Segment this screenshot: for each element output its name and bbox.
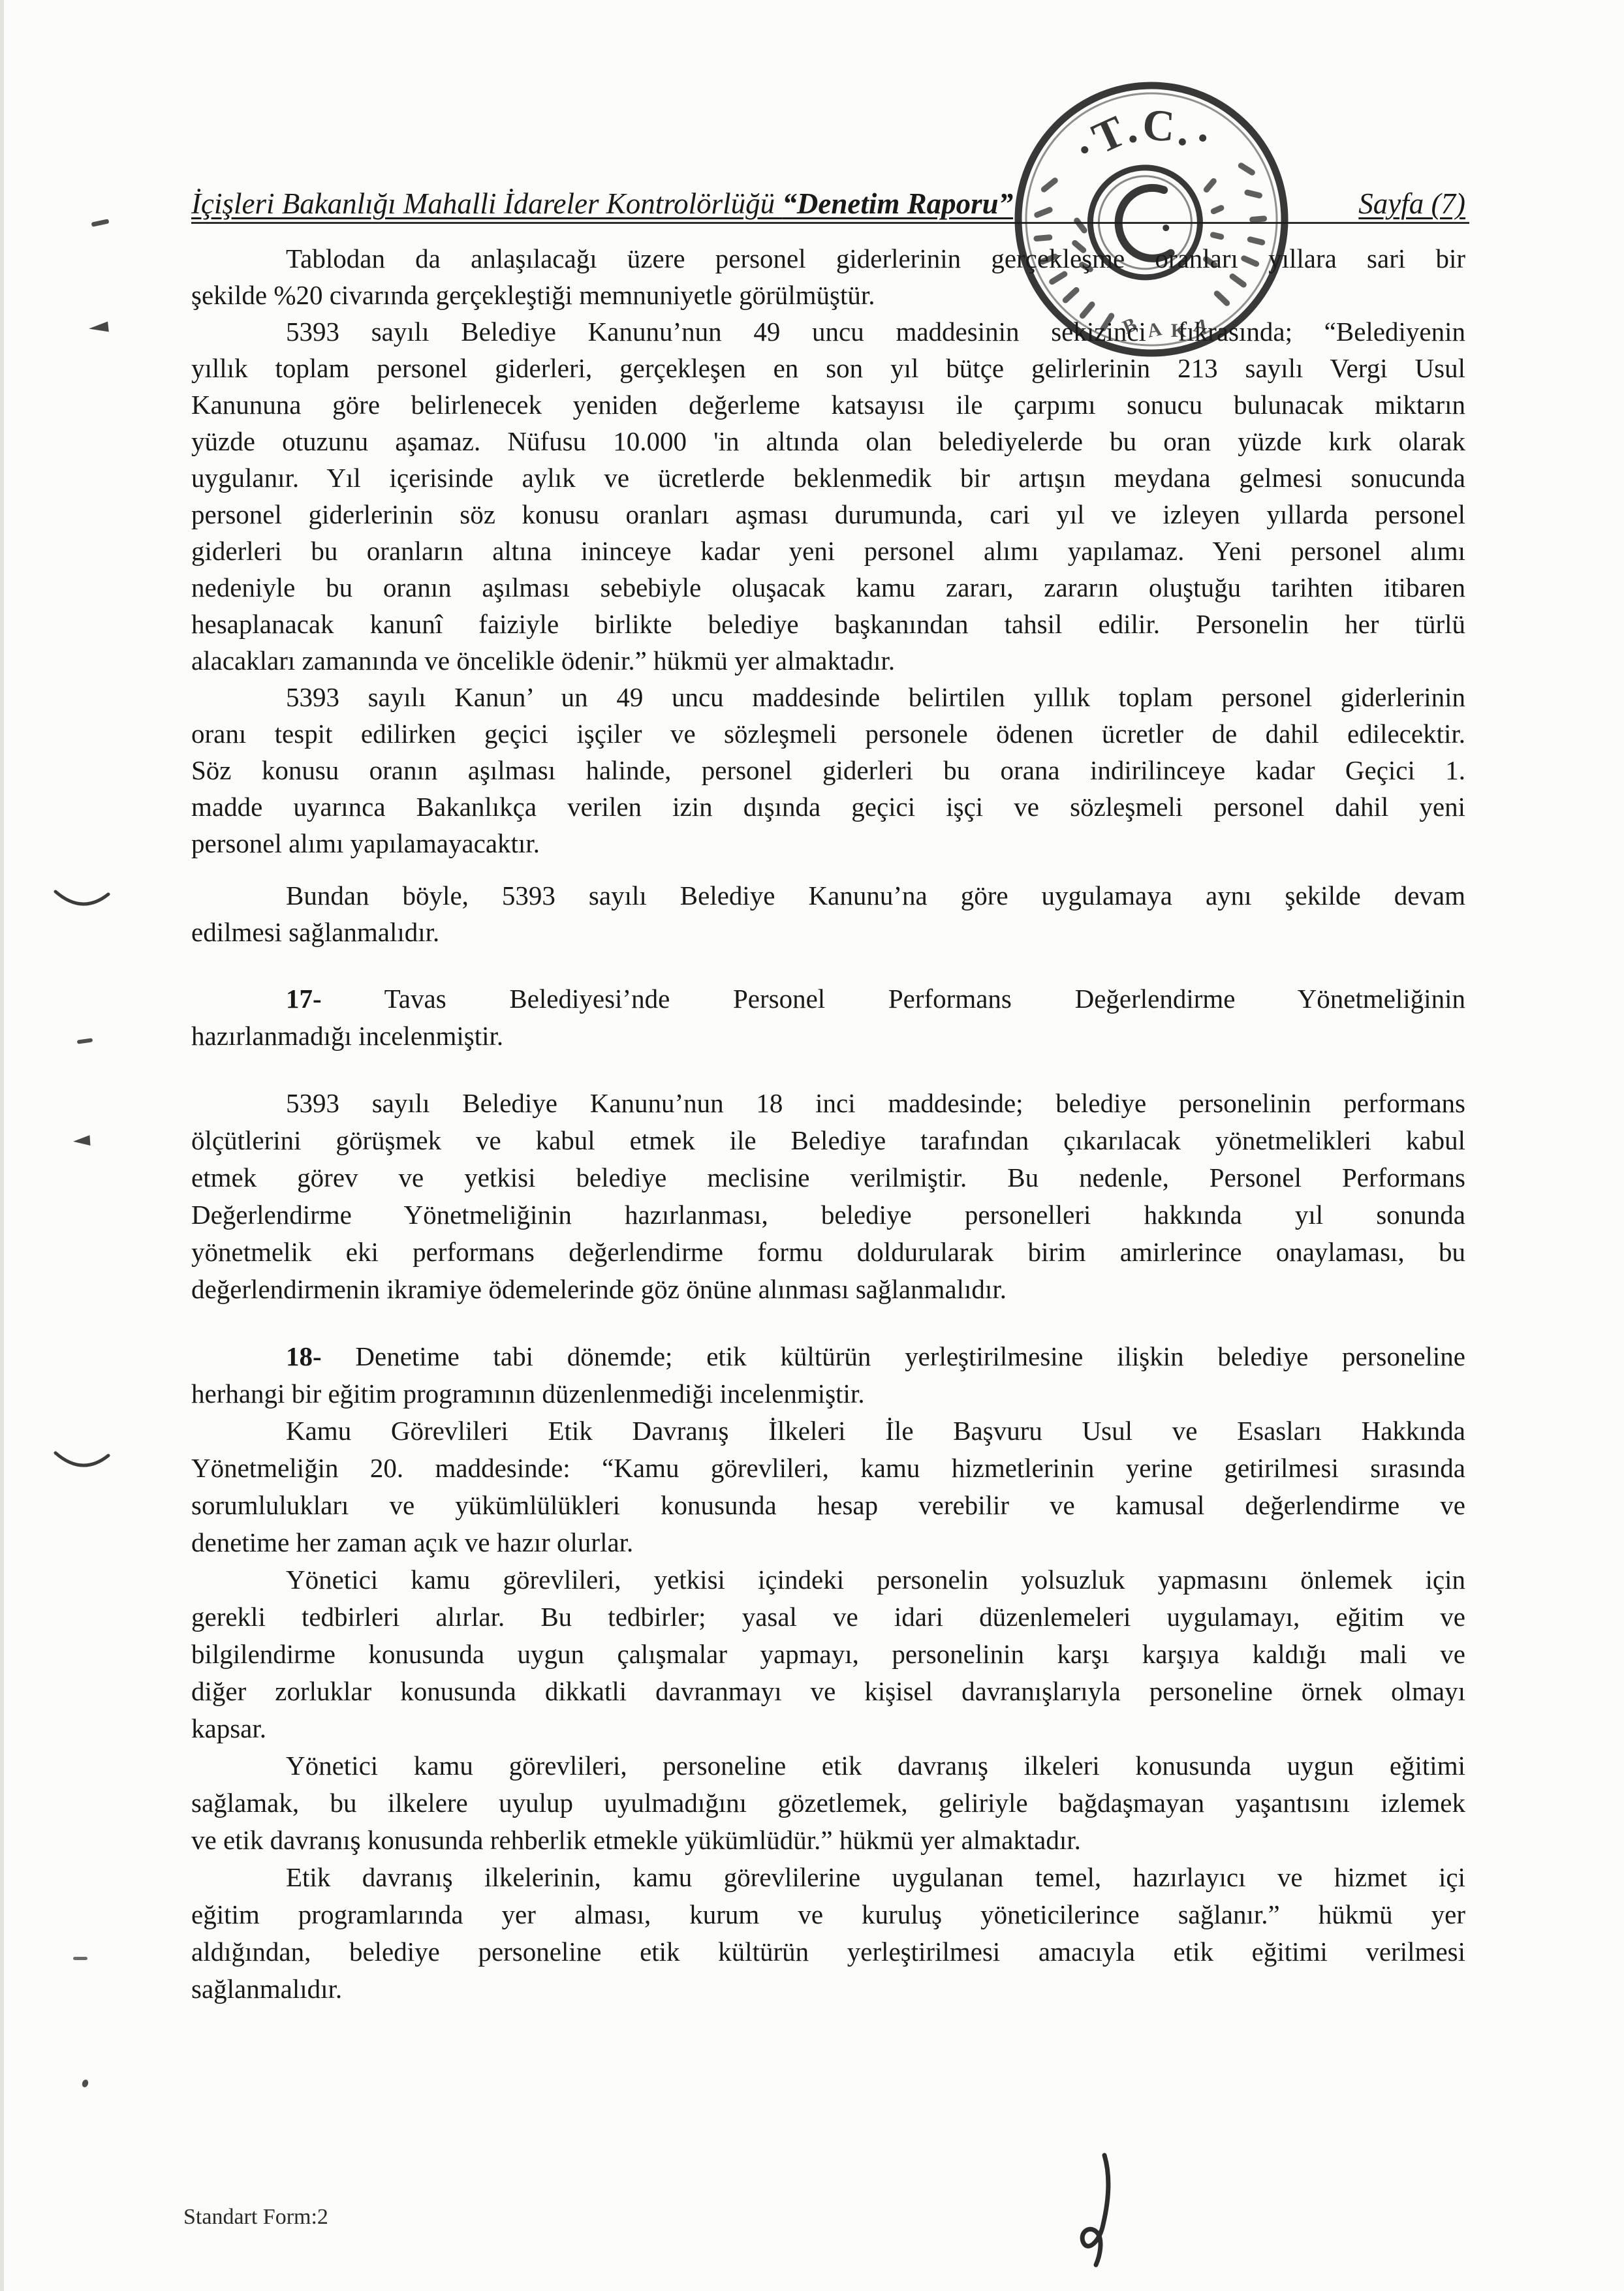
paragraph: Etik davranış ilkelerinin, kamu görevlil… <box>191 1859 1465 2008</box>
text-line: değerlendirmenin ikramiye ödemelerinde g… <box>191 1271 1465 1308</box>
paragraph: 5393 sayılı Kanun’ un 49 uncu maddesinde… <box>191 679 1465 862</box>
paragraph: 5393 sayılı Belediye Kanunu’nun 49 uncu … <box>191 313 1465 679</box>
stamp-inner-ring <box>1085 163 1204 282</box>
text-line: Kamu Görevlileri Etik Davranış İlkeleri … <box>191 1412 1465 1450</box>
header-title: İçişleri Bakanlığı Mahalli İdareler Kont… <box>191 187 1013 221</box>
text-line: diğer zorluklar konusunda dikkatli davra… <box>191 1673 1465 1710</box>
ink-mark-wedge <box>72 1135 90 1147</box>
header-title-bold: “Denetim Raporu” <box>782 187 1013 220</box>
ink-mark-curve <box>52 1449 112 1478</box>
text-line: personel giderlerinin söz konusu oranlar… <box>191 496 1465 533</box>
svg-text:A: A <box>1192 315 1210 339</box>
svg-text:K: K <box>1171 320 1187 341</box>
paragraph: Bundan böyle, 5393 sayılı Belediye Kanun… <box>191 877 1465 950</box>
text-line: bilgilendirme konusunda uygun çalışmalar… <box>191 1636 1465 1673</box>
official-seal-stamp: ·T.C.· B A K A <box>1007 77 1296 362</box>
svg-text:A: A <box>1146 318 1164 342</box>
text-line: etmek görev ve yetkisi belediye meclisin… <box>191 1159 1465 1196</box>
signature-initial <box>1072 2151 1131 2269</box>
text-line: hazırlanmadığı incelenmiştir. <box>191 1018 1465 1055</box>
paragraph: Yönetici kamu görevlileri, yetkisi içind… <box>191 1561 1465 1747</box>
text-line: giderleri bu oranların altına ininceye k… <box>191 533 1465 569</box>
text-line: sağlamak, bu ilkelere uyulup uyulmadığın… <box>191 1784 1465 1822</box>
text-line: denetime her zaman açık ve hazır olurlar… <box>191 1524 1465 1561</box>
text-line: sağlanmalıdır. <box>191 1971 1465 2008</box>
ink-mark-curve <box>52 886 112 915</box>
text-line: alacakları zamanında ve öncelikle ödenir… <box>191 642 1465 679</box>
ink-mark-dot <box>81 2079 89 2088</box>
text-line: ve etik davranış konusunda rehberlik etm… <box>191 1822 1465 1859</box>
ink-mark-dash <box>91 219 110 226</box>
text-line: 18- Denetime tabi dönemde; etik kültürün… <box>191 1338 1465 1375</box>
text-line: uygulanır. Yıl içerisinde aylık ve ücret… <box>191 460 1465 496</box>
paragraph: 18- Denetime tabi dönemde; etik kültürün… <box>191 1338 1465 1412</box>
text-line: aldığından, belediye personeline etik kü… <box>191 1933 1465 1971</box>
text-line: yönetmelik eki performans değerlendirme … <box>191 1234 1465 1271</box>
text-line: 5393 sayılı Belediye Kanunu’nun 18 inci … <box>191 1085 1465 1122</box>
item-number: 17- <box>286 984 322 1014</box>
footer-form-label: Standart Form:2 <box>183 2205 328 2230</box>
ink-mark-dash <box>77 1038 93 1044</box>
paragraph: 5393 sayılı Belediye Kanunu’nun 18 inci … <box>191 1085 1465 1308</box>
ink-mark-wedge <box>88 321 109 334</box>
paragraph: Kamu Görevlileri Etik Davranış İlkeleri … <box>191 1412 1465 1561</box>
text-line: Etik davranış ilkelerinin, kamu görevlil… <box>191 1859 1465 1896</box>
text-line: Bundan böyle, 5393 sayılı Belediye Kanun… <box>191 877 1465 914</box>
paragraph: Yönetici kamu görevlileri, personeline e… <box>191 1747 1465 1859</box>
text-line: edilmesi sağlanmalıdır. <box>191 914 1465 950</box>
text-line: 5393 sayılı Kanun’ un 49 uncu maddesinde… <box>191 679 1465 715</box>
text-line: personel alımı yapılamayacaktır. <box>191 825 1465 862</box>
text-line: 17- Tavas Belediyesi’nde Personel Perfor… <box>191 980 1465 1018</box>
stamp-crescent-icon <box>1116 187 1171 261</box>
text-line: Söz konusu oranın aşılması halinde, pers… <box>191 752 1465 788</box>
stamp-star-dot <box>1163 225 1170 232</box>
paragraph: 17- Tavas Belediyesi’nde Personel Perfor… <box>191 980 1465 1055</box>
ink-mark-dash <box>73 1957 87 1960</box>
text-line: Yönetici kamu görevlileri, personeline e… <box>191 1747 1465 1784</box>
text-line: nedeniyle bu oranın aşılması sebebiyle o… <box>191 569 1465 606</box>
text-line: herhangi bir eğitim programının düzenlen… <box>191 1375 1465 1412</box>
text-line: ölçütlerini görüşmek ve kabul etmek ile … <box>191 1122 1465 1159</box>
text-line: oranı tespit edilirken geçici işçiler ve… <box>191 715 1465 752</box>
text-line: Kanununa göre belirlenecek yeniden değer… <box>191 386 1465 423</box>
scan-edge-strip <box>0 0 4 2291</box>
text-line: eğitim programlarında yer alması, kurum … <box>191 1896 1465 1933</box>
text-line: gerekli tedbirleri alırlar. Bu tedbirler… <box>191 1598 1465 1636</box>
item-number: 18- <box>286 1341 322 1371</box>
text-line: hesaplanacak kanunî faiziyle birlikte be… <box>191 606 1465 642</box>
page-number-label: Sayfa (7) <box>1358 187 1465 221</box>
text-line: sorumlulukları ve yükümlülükleri konusun… <box>191 1487 1465 1524</box>
text-line: Yönetmeliğin 20. maddesinde: “Kamu görev… <box>191 1450 1465 1487</box>
header-title-regular: İçişleri Bakanlığı Mahalli İdareler Kont… <box>191 187 782 220</box>
text-line: kapsar. <box>191 1710 1465 1747</box>
scanned-document-page: İçişleri Bakanlığı Mahalli İdareler Kont… <box>0 0 1624 2291</box>
body-section-2: 17- Tavas Belediyesi’nde Personel Perfor… <box>191 980 1465 2008</box>
document-body: Tablodan da anlaşılacağı üzere personel … <box>191 240 1465 2008</box>
text-line: madde uyarınca Bakanlıkça verilen izin d… <box>191 788 1465 825</box>
text-line: yüzde otuzunu aşamaz. Nüfusu 10.000 'in … <box>191 423 1465 460</box>
svg-text:B: B <box>1119 313 1140 338</box>
text-line: Yönetici kamu görevlileri, yetkisi içind… <box>191 1561 1465 1598</box>
text-line: Değerlendirme Yönetmeliğinin hazırlanmas… <box>191 1196 1465 1234</box>
